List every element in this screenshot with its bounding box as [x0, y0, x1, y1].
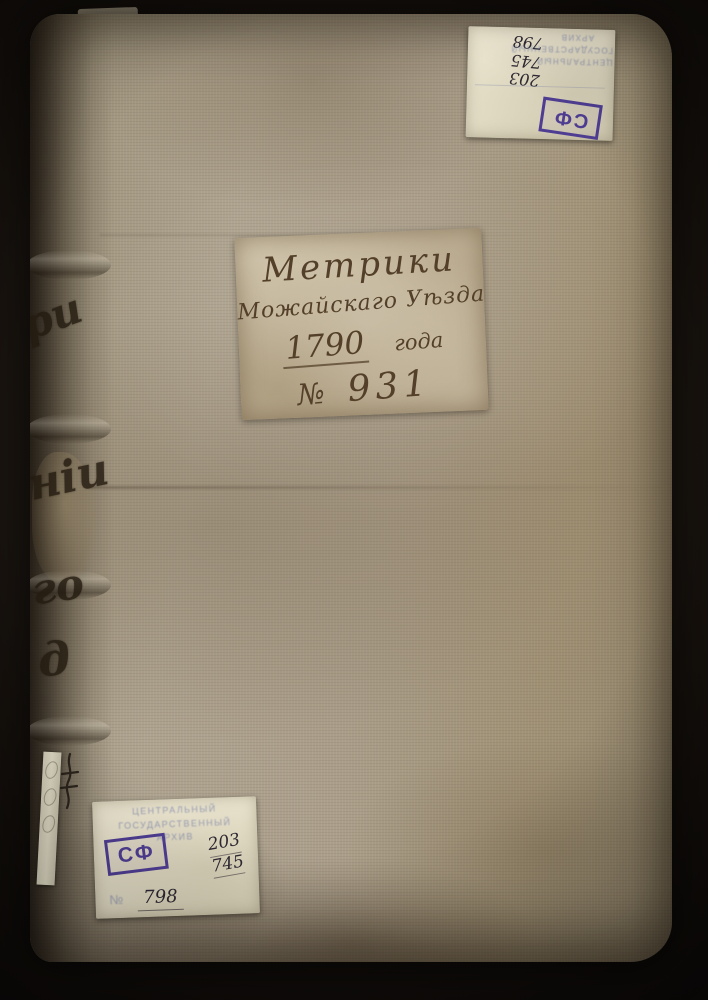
- archive-label-top-right: 203 745 798 ЦЕНТРАЛЬНЫЙ ГОСУДАРСТВЕННЫЙ …: [466, 26, 616, 141]
- numero-sign: №: [109, 892, 123, 907]
- archive-label-bottom-left: ЦЕНТРАЛЬНЫЙ ГОСУДАРСТВЕННЫЙ АРХИВ СФ 203…: [92, 796, 260, 919]
- sf-stamp: СФ: [104, 833, 169, 876]
- photo-background: ри ніи го д Метрики Можайскаго Уѣзда 179…: [0, 0, 708, 1000]
- title-number: 931: [346, 366, 432, 408]
- inventory-number: 798: [137, 887, 184, 911]
- label-number-row: № 798: [109, 887, 184, 912]
- title-number-line: № 931: [240, 362, 489, 417]
- archive-stamp-text: ЦЕНТРАЛЬНЫЙ ГОСУДАРСТВЕННЫЙ АРХИВ: [540, 30, 613, 68]
- spine-band: [30, 716, 111, 746]
- spine-ink-fragment: го: [30, 559, 87, 615]
- spine-ink-squiggle: [58, 752, 80, 812]
- spine-ink-fragment: д: [36, 631, 73, 688]
- title-word-metriki: Метрики: [235, 241, 484, 290]
- title-year-word: года: [393, 330, 444, 355]
- inventory-numbers-handwritten: 203 745 798: [475, 28, 544, 89]
- spine-band: [30, 250, 111, 280]
- spine-ink-fragment: ри: [30, 283, 88, 350]
- faded-pencil-mark: [40, 814, 57, 835]
- inventory-numbers-handwritten: 203 745: [206, 831, 245, 879]
- cover-crease: [90, 486, 665, 489]
- faded-pencil-mark: [42, 787, 59, 808]
- spine-ink-fragment: ніи: [30, 444, 113, 511]
- title-year: 1790: [280, 328, 369, 370]
- sf-stamp: СФ: [539, 97, 603, 140]
- spine-band: [30, 414, 111, 444]
- label-rule: [475, 84, 605, 88]
- numero-sign: №: [296, 379, 331, 410]
- title-label: Метрики Можайскаго Уѣзда 1790 года № 931: [234, 228, 488, 420]
